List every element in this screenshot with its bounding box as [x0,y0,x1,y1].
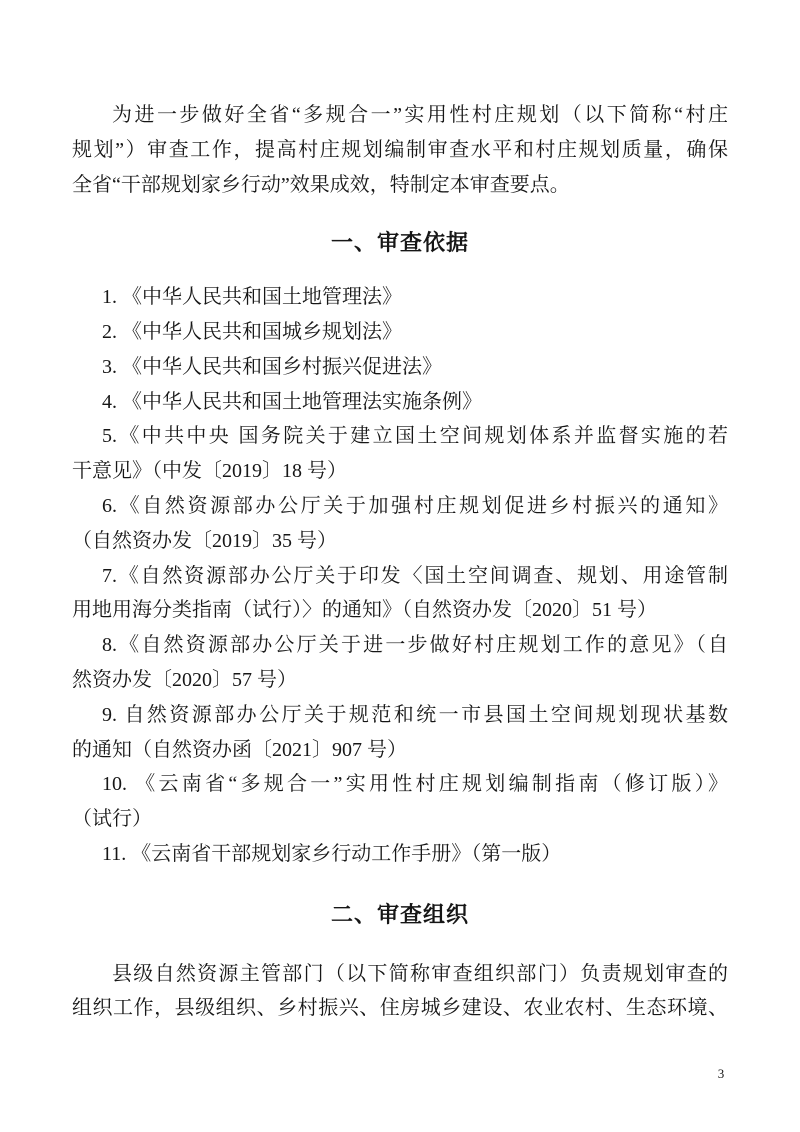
intro-paragraph-line: 为进一步做好全省“多规合一”实用性村庄规划（以下简称“村庄 [72,98,728,133]
page-number: 3 [712,1064,730,1084]
document-content: 为进一步做好全省“多规合一”实用性村庄规划（以下简称“村庄 规划”）审查工作，提… [72,98,728,1026]
section-heading-review-basis: 一、审查依据 [72,226,728,261]
list-item-line: 10. 《云南省“多规合一”实用性村庄规划编制指南（修订版）》 [72,767,728,802]
list-item-line: 2. 《中华人民共和国城乡规划法》 [72,315,728,350]
list-item-line: 用地用海分类指南（试行）〉的通知》（自然资办发〔2020〕51 号） [72,593,728,628]
section-heading-review-organization: 二、审查组织 [72,898,728,933]
list-item-line: 7.《自然资源部办公厅关于印发〈国土空间调查、规划、用途管制 [72,559,728,594]
list-item-line: 3. 《中华人民共和国乡村振兴促进法》 [72,350,728,385]
document-page: 为进一步做好全省“多规合一”实用性村庄规划（以下简称“村庄 规划”）审查工作，提… [0,0,800,1132]
list-item-line: 8.《自然资源部办公厅关于进一步做好村庄规划工作的意见》（自 [72,628,728,663]
list-item-line: 6.《自然资源部办公厅关于加强村庄规划促进乡村振兴的通知》 [72,489,728,524]
intro-paragraph-line: 全省“干部规划家乡行动”效果成效，特制定本审查要点。 [72,168,728,203]
list-item-line: 的通知（自然资办函〔2021〕907 号） [72,733,728,768]
list-item-line: （自然资办发〔2019〕35 号） [72,524,728,559]
list-item-line: 干意见》（中发〔2019〕18 号） [72,454,728,489]
body-paragraph-line: 组织工作，县级组织、乡村振兴、住房城乡建设、农业农村、生态环境、 [72,991,728,1026]
list-item-line: 11. 《云南省干部规划家乡行动工作手册》（第一版） [72,837,728,872]
intro-paragraph-line: 规划”）审查工作，提高村庄规划编制审查水平和村庄规划质量，确保 [72,133,728,168]
list-item-line: 9. 自然资源部办公厅关于规范和统一市县国土空间规划现状基数 [72,698,728,733]
body-paragraph-line: 县级自然资源主管部门（以下简称审查组织部门）负责规划审查的 [72,957,728,992]
list-item-line: 5.《中共中央 国务院关于建立国土空间规划体系并监督实施的若 [72,419,728,454]
list-item-line: 4. 《中华人民共和国土地管理法实施条例》 [72,385,728,420]
list-item-line: 1. 《中华人民共和国土地管理法》 [72,280,728,315]
list-item-line: 然资办发〔2020〕57 号） [72,663,728,698]
list-item-line: （试行） [72,802,728,837]
